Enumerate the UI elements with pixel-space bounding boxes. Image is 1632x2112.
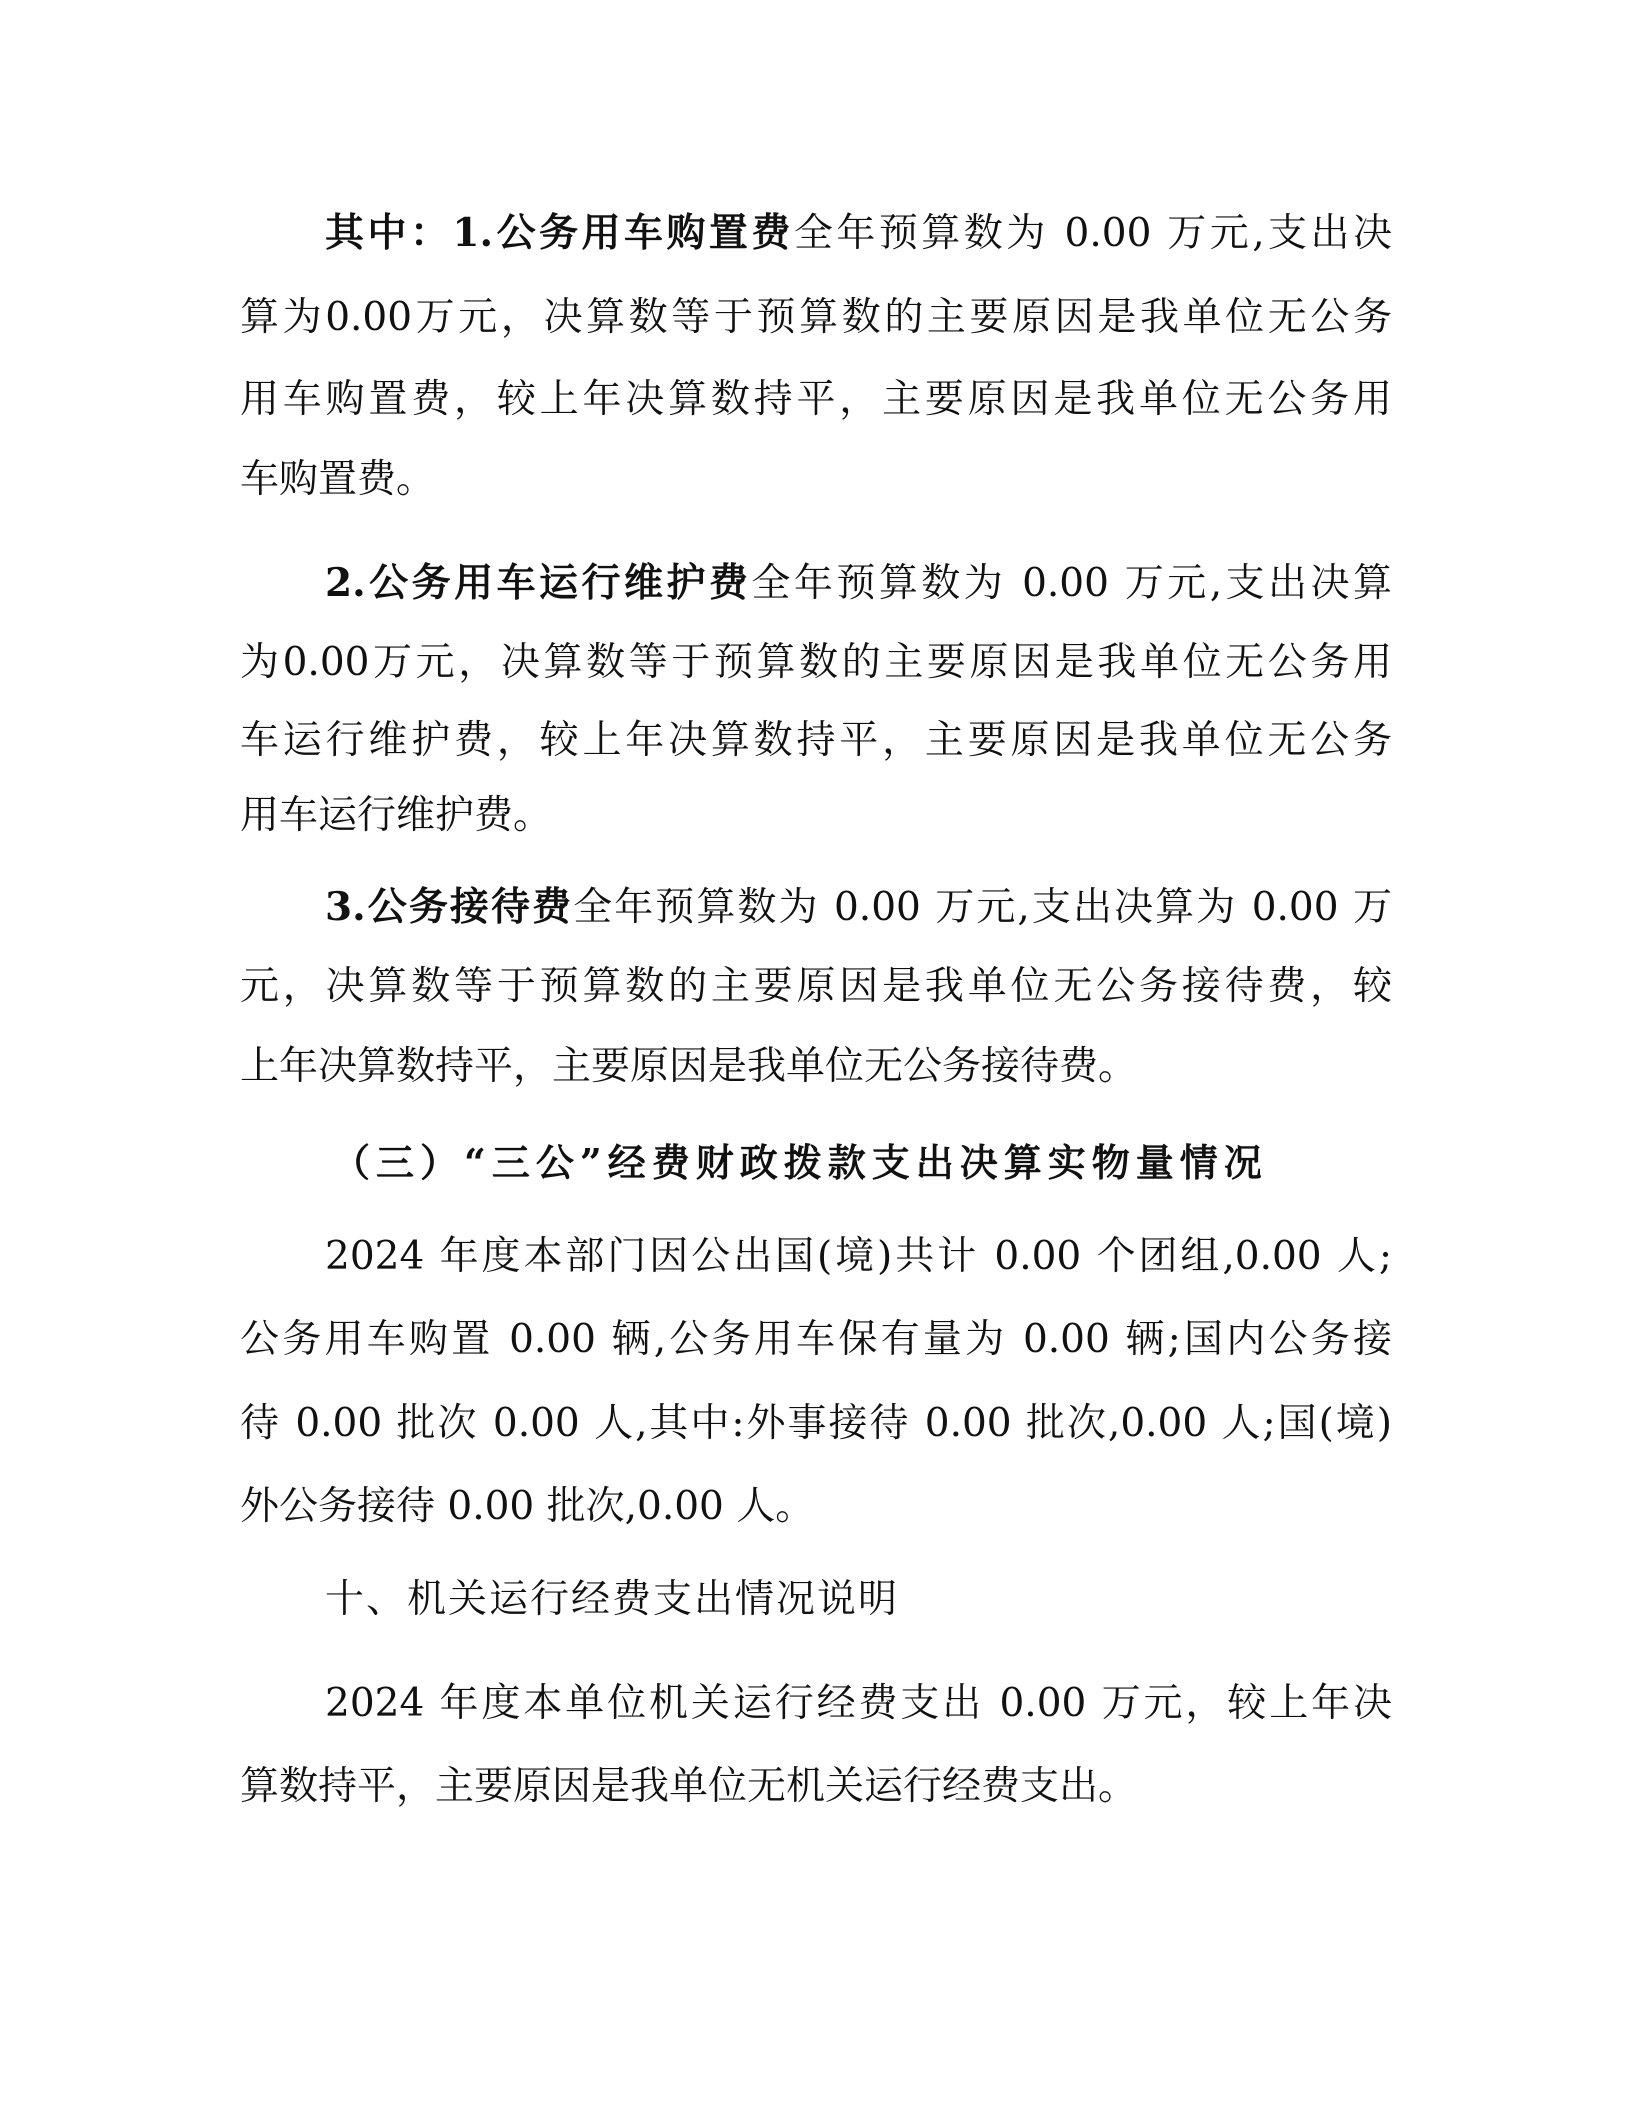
paragraph-car-purchase-line-3: 用车购置费，较上年决算数持平，主要原因是我单位无公务用 xyxy=(240,370,1392,430)
paragraph-car-maintenance-line-4: 用车运行维护费。 xyxy=(240,786,1392,846)
bold-term-car-purchase: 其中：1.公务用车购置费 xyxy=(325,210,794,256)
paragraph-car-purchase-line-1: 其中：1.公务用车购置费全年预算数为 0.00 万元,支出决 xyxy=(325,203,1392,263)
text-span: 全年预算数为 0.00 万元,支出决算为 0.00 万 xyxy=(573,885,1392,930)
paragraph-reception-line-3: 上年决算数持平，主要原因是我单位无公务接待费。 xyxy=(240,1037,1392,1097)
physical-quantity-line-1: 2024 年度本部门因公出国(境)共计 0.00 个团组,0.00 人; xyxy=(325,1227,1392,1287)
text-span: 全年预算数为 0.00 万元,支出决算 xyxy=(751,561,1392,606)
paragraph-car-purchase-line-2: 算为0.00万元，决算数等于预算数的主要原因是我单位无公务 xyxy=(240,288,1392,348)
operating-expense-line-2: 算数持平，主要原因是我单位无机关运行经费支出。 xyxy=(240,1757,1392,1817)
paragraph-reception-line-1: 3.公务接待费全年预算数为 0.00 万元,支出决算为 0.00 万 xyxy=(325,877,1392,937)
bold-term-reception: 3.公务接待费 xyxy=(325,884,573,930)
document-page: 其中：1.公务用车购置费全年预算数为 0.00 万元,支出决 算为0.00万元，… xyxy=(0,0,1632,2112)
operating-expense-line-1: 2024 年度本单位机关运行经费支出 0.00 万元，较上年决 xyxy=(325,1674,1392,1734)
physical-quantity-line-4: 外公务接待 0.00 批次,0.00 人。 xyxy=(240,1477,1392,1537)
physical-quantity-line-3: 待 0.00 批次 0.00 人,其中:外事接待 0.00 批次,0.00 人;… xyxy=(240,1394,1392,1454)
paragraph-car-maintenance-line-3: 车运行维护费，较上年决算数持平，主要原因是我单位无公务 xyxy=(240,711,1392,771)
paragraph-reception-line-2: 元，决算数等于预算数的主要原因是我单位无公务接待费，较 xyxy=(240,957,1392,1017)
paragraph-car-purchase-line-4: 车购置费。 xyxy=(240,450,1392,510)
physical-quantity-line-2: 公务用车购置 0.00 辆,公务用车保有量为 0.00 辆;国内公务接 xyxy=(240,1310,1392,1370)
section-heading-10: 十、机关运行经费支出情况说明 xyxy=(325,1570,899,1630)
bold-term-car-maintenance: 2.公务用车运行维护费 xyxy=(325,560,751,606)
paragraph-car-maintenance-line-1: 2.公务用车运行维护费全年预算数为 0.00 万元,支出决算 xyxy=(325,553,1392,613)
text-span: 全年预算数为 0.00 万元,支出决 xyxy=(794,211,1392,256)
section-heading-3: （三）“三公”经费财政拨款支出决算实物量情况 xyxy=(332,1133,1268,1193)
paragraph-car-maintenance-line-2: 为0.00万元，决算数等于预算数的主要原因是我单位无公务用 xyxy=(240,633,1392,693)
